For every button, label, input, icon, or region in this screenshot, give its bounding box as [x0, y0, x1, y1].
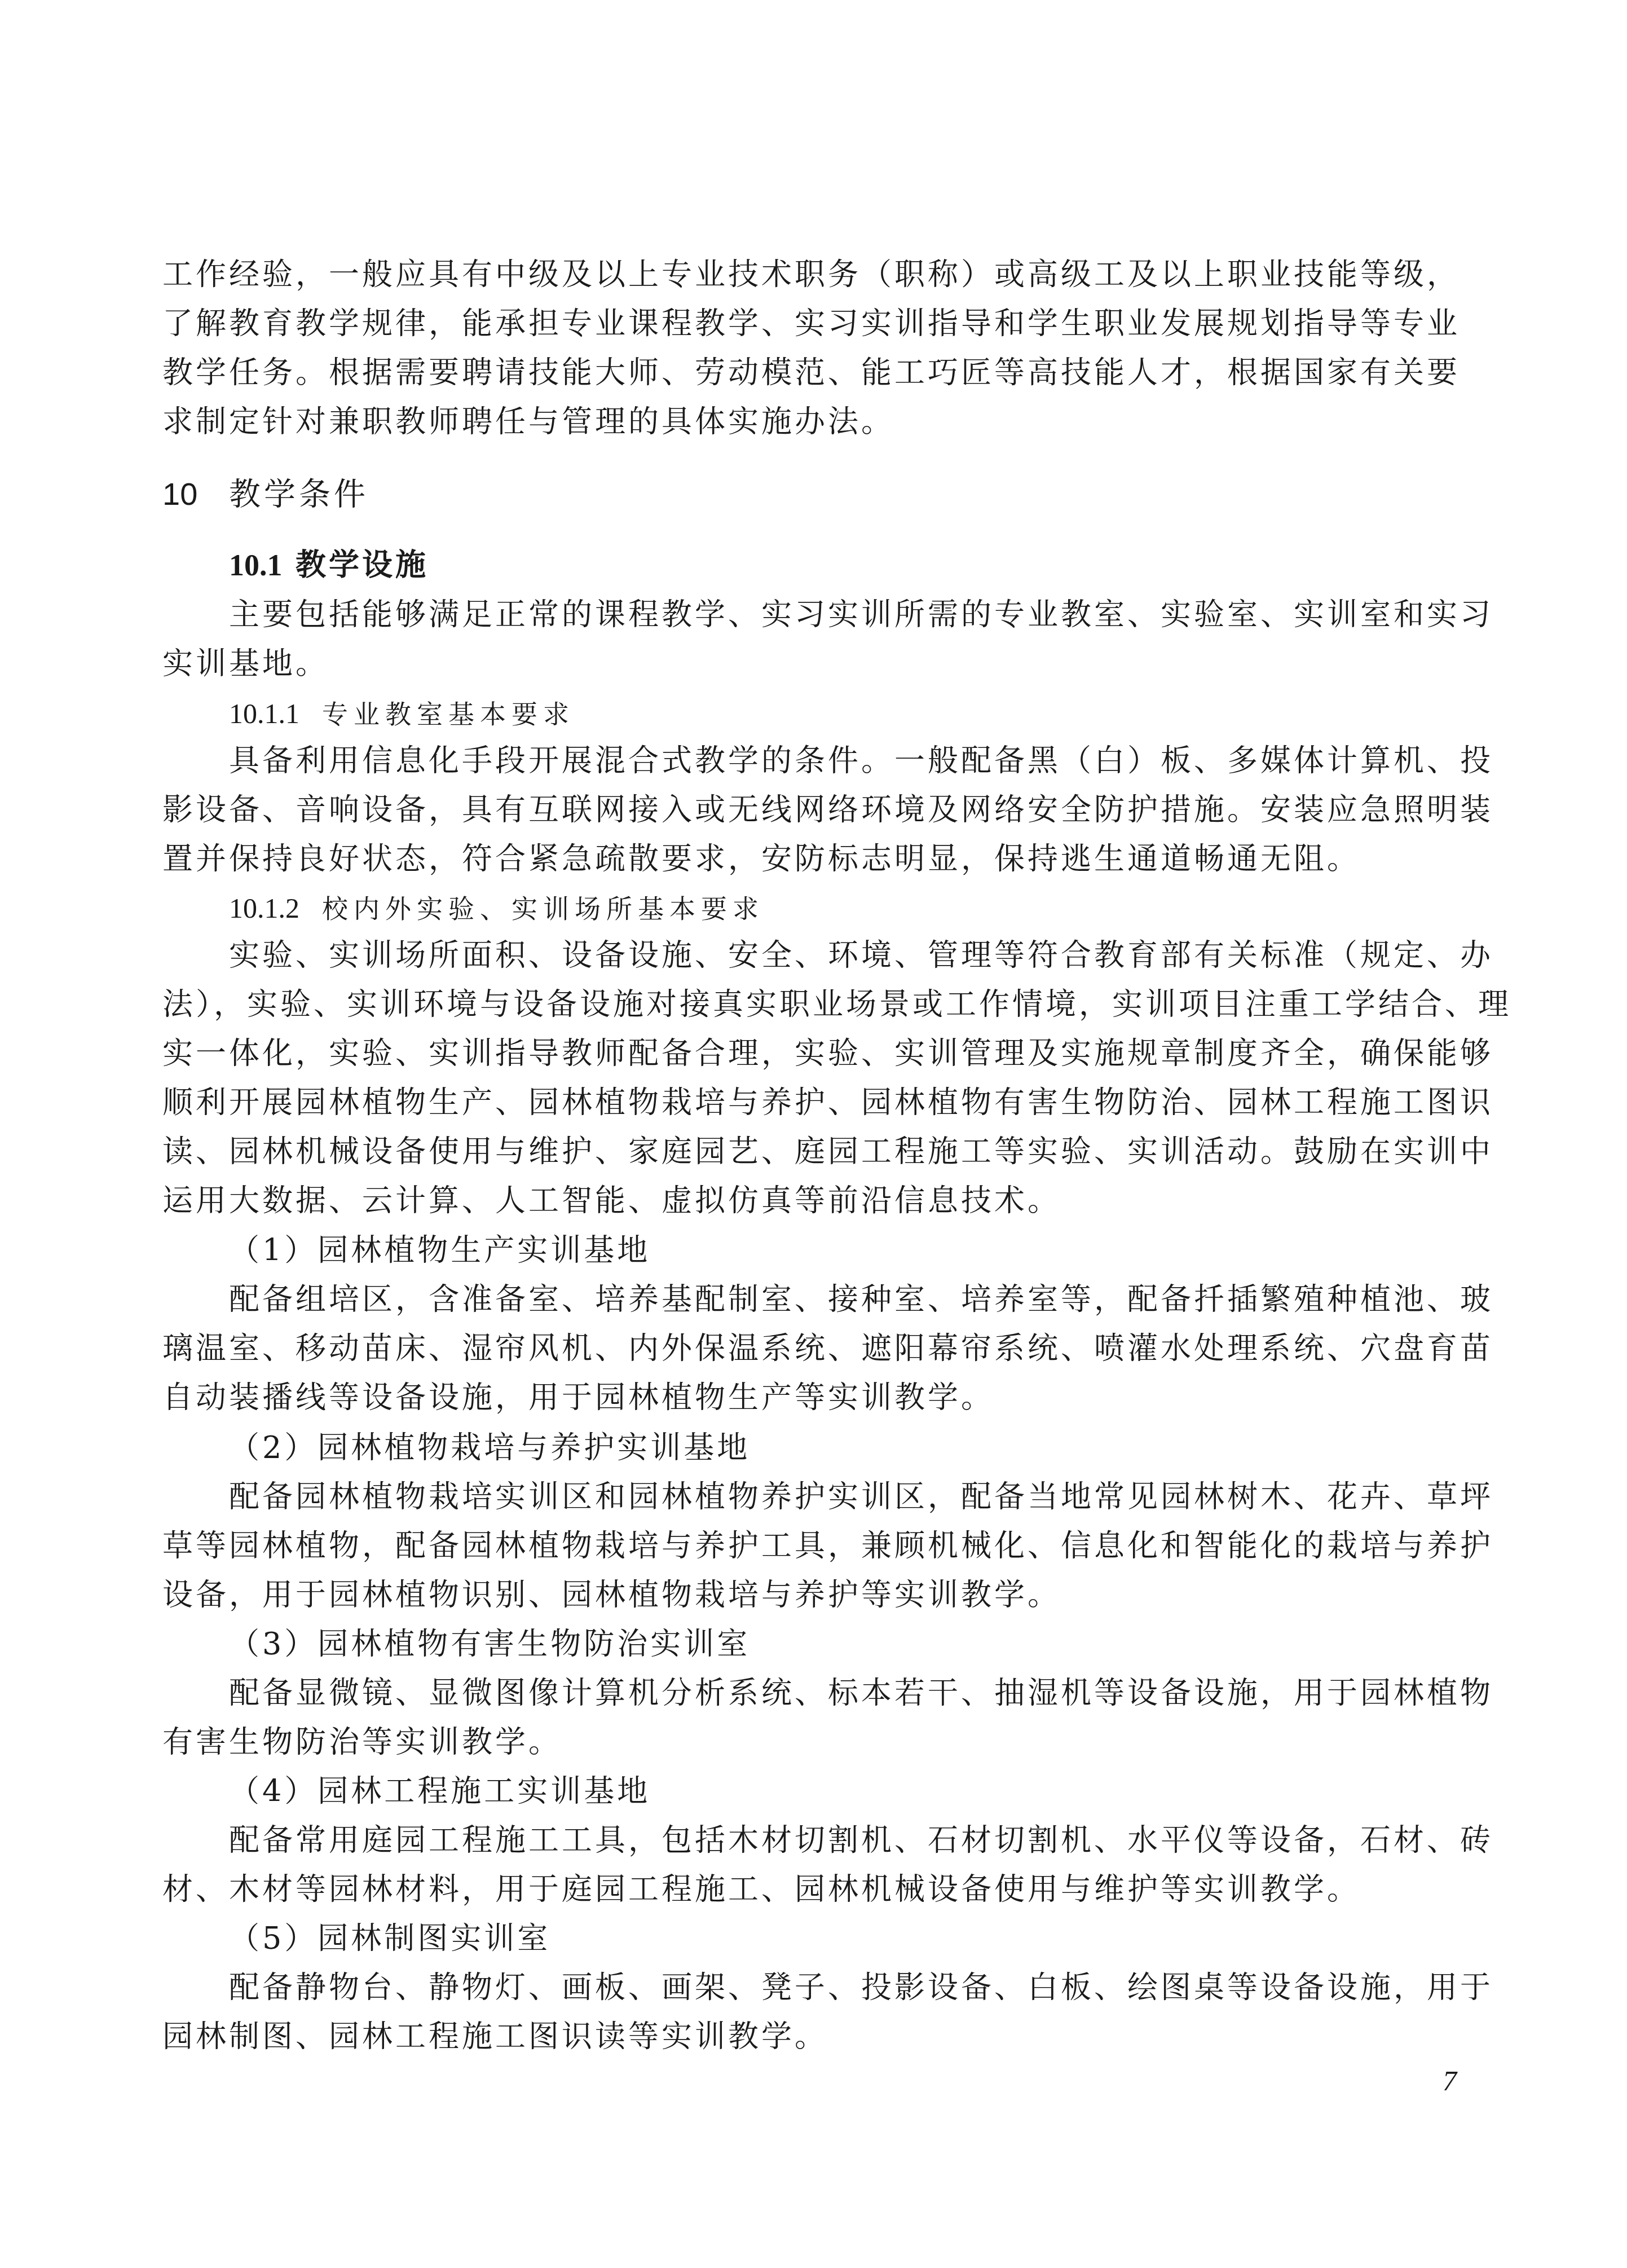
paragraph-line: 置并保持良好状态，符合紧急疏散要求，安防标志明显，保持逃生通道畅通无阻。: [162, 844, 1360, 874]
paragraph-line: 法），实验、实训环境与设备设施对接真实职业场景或工作情境，实训项目注重工学结合、…: [162, 989, 1511, 1020]
item-heading-1: （1）园林植物生产实训基地: [229, 1235, 650, 1266]
paragraph-line: 配备静物台、静物灯、画板、画架、凳子、投影设备、白板、绘图桌等设备设施，用于: [229, 1972, 1493, 2003]
item-heading-3: （3）园林植物有害生物防治实训室: [229, 1629, 750, 1659]
paragraph-line: 设备，用于园林植物识别、园林植物栽培与养护等实训教学。: [162, 1580, 1061, 1610]
paragraph-line: 了解教育教学规律，能承担专业课程教学、实习实训指导和学生职业发展规划指导等专业: [162, 309, 1460, 339]
subsection-number: 10.1: [229, 550, 296, 580]
page-number: 7: [1443, 2064, 1457, 2097]
paragraph-line: 教学任务。根据需要聘请技能大师、劳动模范、能工巧匠等高技能人才，根据国家有关要: [162, 358, 1460, 388]
paragraph-line: 配备常用庭园工程施工工具，包括木材切割机、石材切割机、水平仪等设备，石材、砖: [229, 1825, 1493, 1856]
paragraph-line: 自动装播线等设备设施，用于园林植物生产等实训教学。: [162, 1382, 994, 1413]
paragraph-line: 实训基地。: [162, 649, 329, 679]
subsubsection-heading-10-1-1: 10.1.1专业教室基本要求: [229, 699, 575, 728]
paragraph-line: 影设备、音响设备，具有互联网接入或无线网络环境及网络安全防护措施。安装应急照明装: [162, 795, 1493, 825]
subsubsection-number: 10.1.2: [229, 894, 322, 922]
paragraph-line: 材、木材等园林材料，用于庭园工程施工、园林机械设备使用与维护等实训教学。: [162, 1874, 1360, 1905]
paragraph-line: 求制定针对兼职教师聘任与管理的具体实施办法。: [162, 407, 894, 437]
paragraph-line: 有害生物防治等实训教学。: [162, 1727, 562, 1758]
item-heading-4: （4）园林工程施工实训基地: [229, 1776, 650, 1807]
paragraph-line: 璃温室、移动苗床、湿帘风机、内外保温系统、遮阳幕帘系统、喷灌水处理系统、穴盘育苗: [162, 1333, 1493, 1364]
paragraph-line: 运用大数据、云计算、人工智能、虚拟仿真等前沿信息技术。: [162, 1186, 1061, 1216]
subsubsection-title: 校内外实验、实训场所基本要求: [322, 893, 764, 924]
paragraph-line: 配备园林植物栽培实训区和园林植物养护实训区，配备当地常见园林树木、花卉、草坪: [229, 1482, 1493, 1512]
paragraph-line: 具备利用信息化手段开展混合式教学的条件。一般配备黑（白）板、多媒体计算机、投: [229, 746, 1493, 776]
item-heading-5: （5）园林制图实训室: [229, 1923, 550, 1954]
section-number: 10: [162, 478, 229, 510]
subsubsection-number: 10.1.1: [229, 699, 322, 728]
item-heading-2: （2）园林植物栽培与养护实训基地: [229, 1433, 750, 1463]
paragraph-line: 读、园林机械设备使用与维护、家庭园艺、庭园工程施工等实验、实训活动。鼓励在实训中: [162, 1137, 1493, 1167]
subsection-heading-10-1: 10.1教学设施: [229, 550, 429, 580]
paragraph-line: 配备显微镜、显微图像计算机分析系统、标本若干、抽湿机等设备设施，用于园林植物: [229, 1678, 1493, 1708]
paragraph-line: 主要包括能够满足正常的课程教学、实习实训所需的专业教室、实验室、实训室和实习: [229, 600, 1493, 630]
paragraph-line: 草等园林植物，配备园林植物栽培与养护工具，兼顾机械化、信息化和智能化的栽培与养护: [162, 1531, 1493, 1561]
section-title: 教学条件: [229, 476, 369, 513]
paragraph-line: 配备组培区，含准备室、培养基配制室、接种室、培养室等，配备扦插繁殖种植池、玻: [229, 1284, 1493, 1315]
paragraph-line: 顺利开展园林植物生产、园林植物栽培与养护、园林植物有害生物防治、园林工程施工图识: [162, 1087, 1493, 1118]
paragraph-line: 工作经验，一般应具有中级及以上专业技术职务（职称）或高级工及以上职业技能等级，: [162, 259, 1460, 290]
subsubsection-title: 专业教室基本要求: [322, 699, 575, 729]
paragraph-line: 园林制图、园林工程施工图识读等实训教学。: [162, 2022, 828, 2052]
subsubsection-heading-10-1-2: 10.1.2校内外实验、实训场所基本要求: [229, 894, 764, 922]
subsection-title: 教学设施: [296, 547, 429, 583]
paragraph-line: 实验、实训场所面积、设备设施、安全、环境、管理等符合教育部有关标准（规定、办: [229, 940, 1493, 971]
section-heading-10: 10教学条件: [162, 478, 369, 510]
paragraph-line: 实一体化，实验、实训指导教师配备合理，实验、实训管理及实施规章制度齐全，确保能够: [162, 1038, 1493, 1069]
